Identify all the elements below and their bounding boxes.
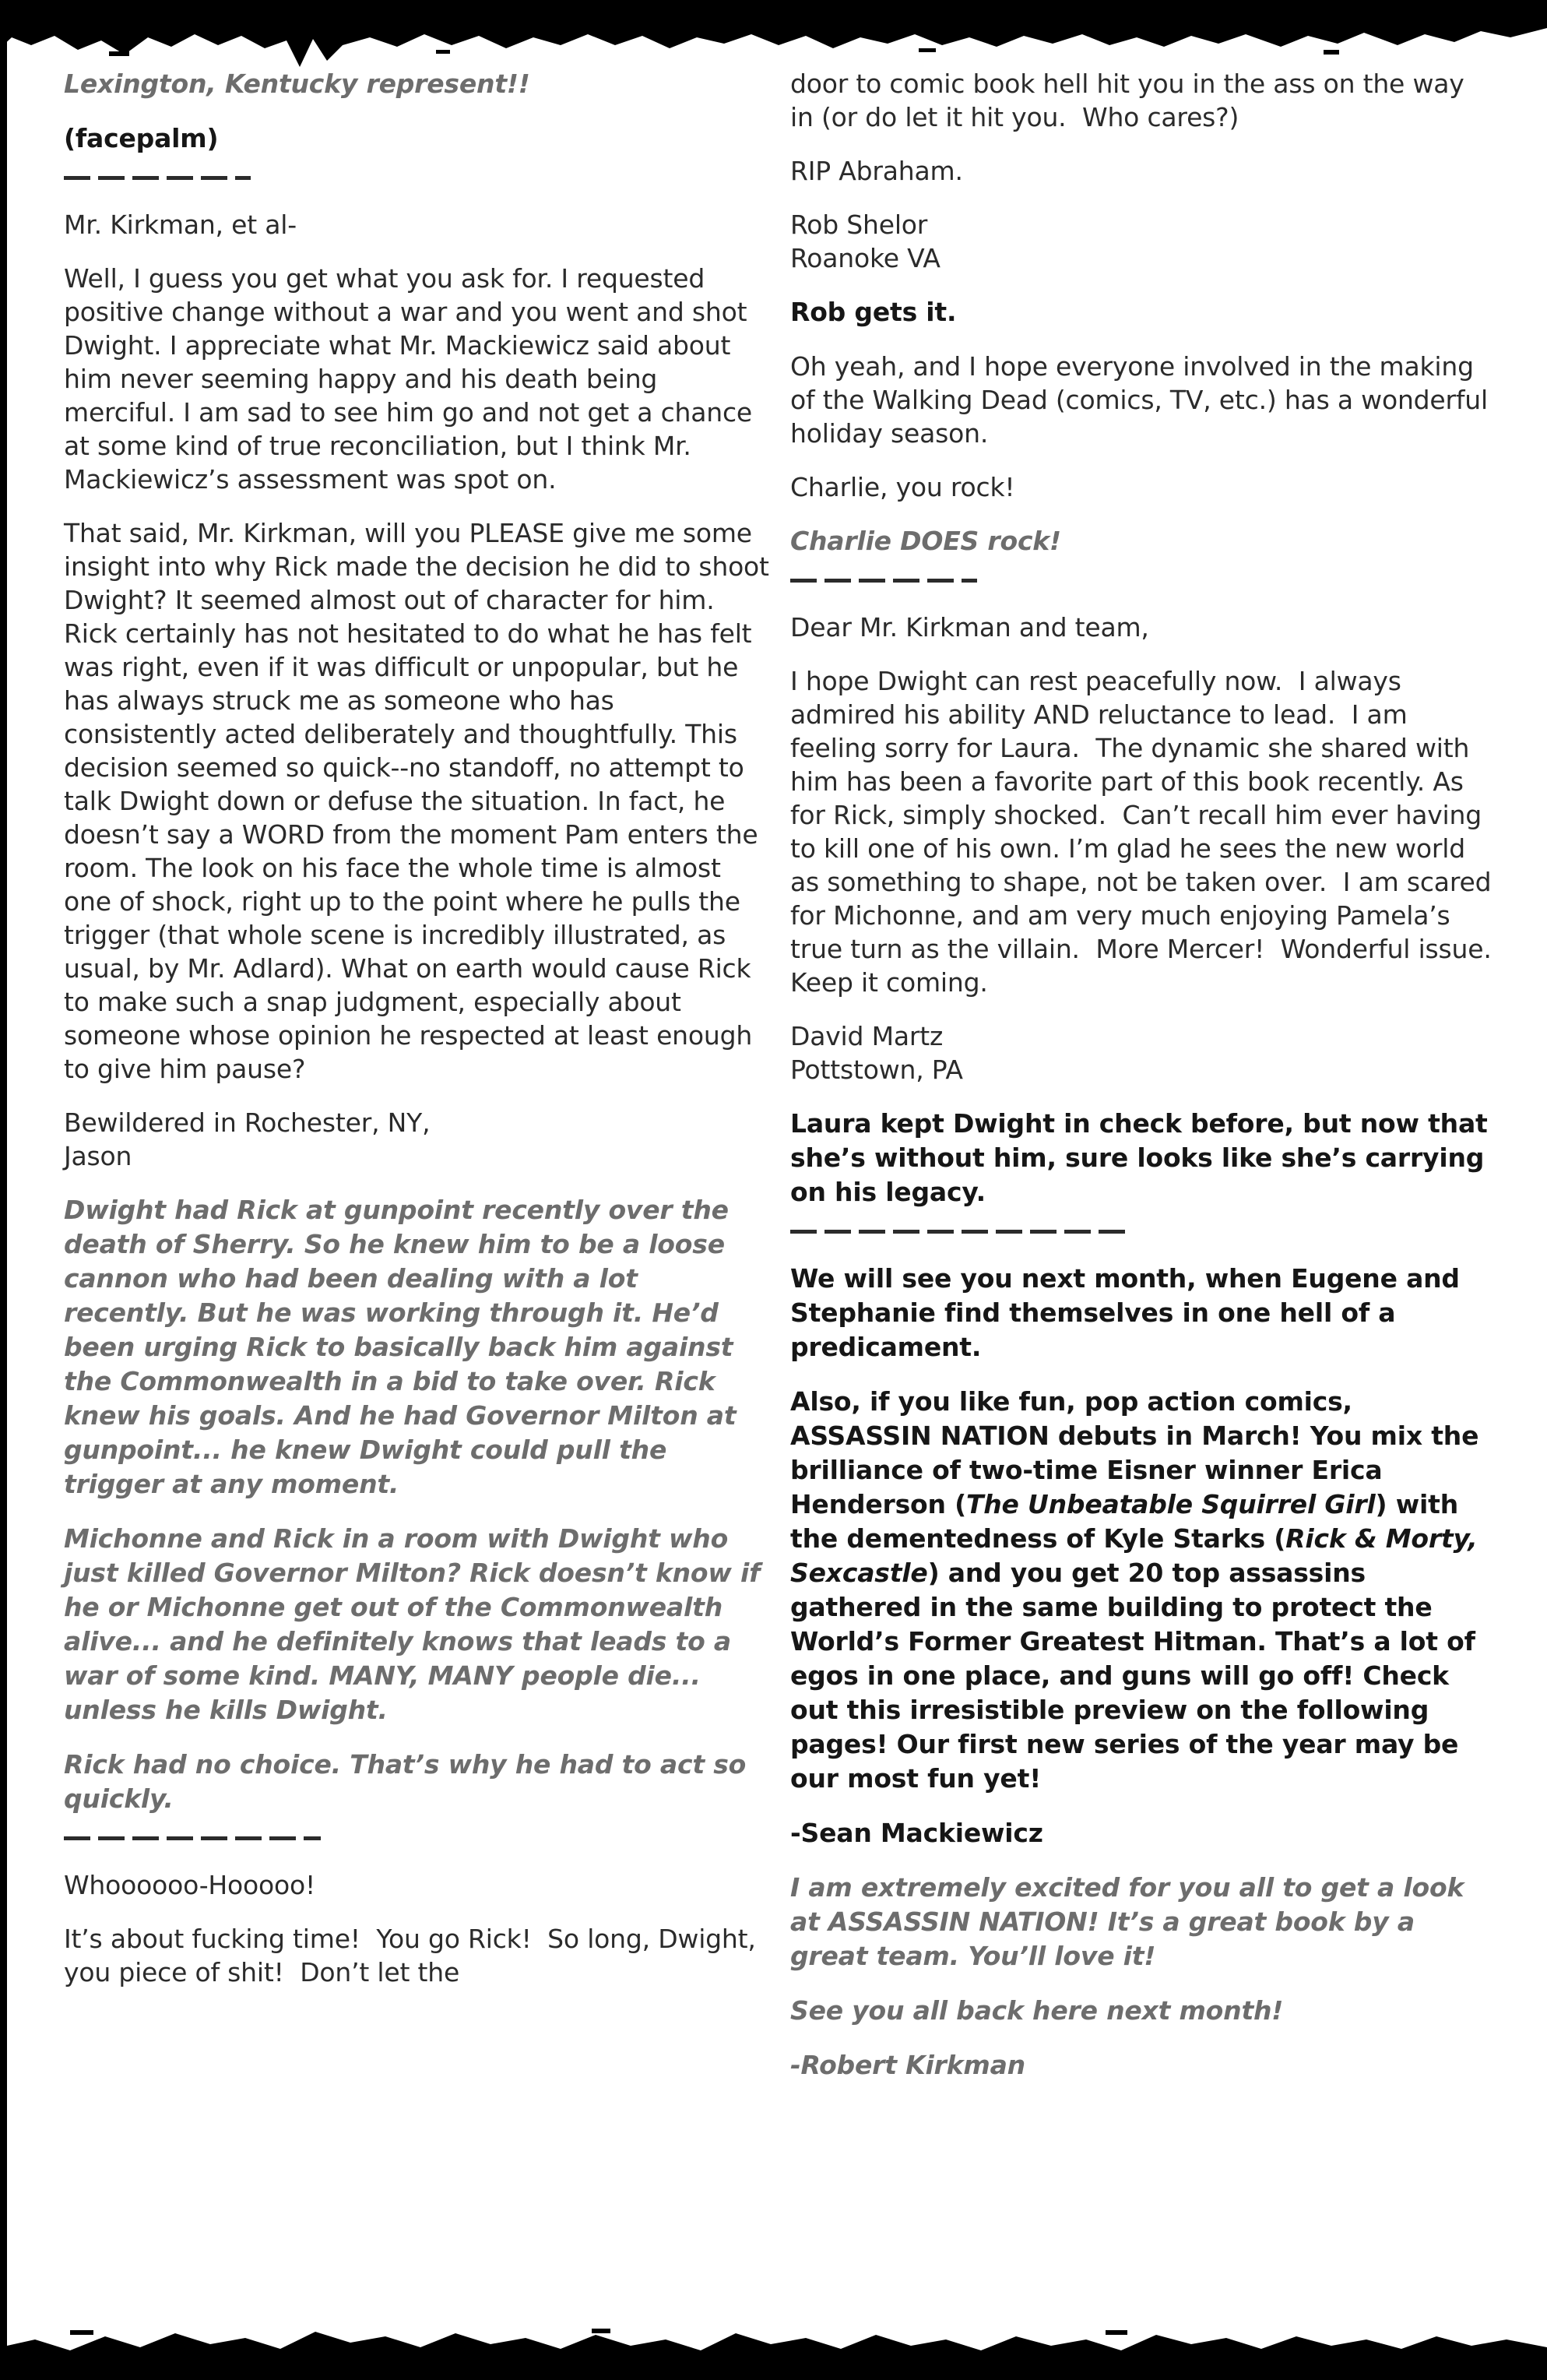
editor-response: Michonne and Rick in a room with Dwight … — [64, 1522, 771, 1727]
letter-paragraph: That said, Mr. Kirkman, will you PLEASE … — [64, 516, 771, 1086]
letter-paragraph: Oh yeah, and I hope everyone involved in… — [790, 350, 1493, 450]
editor-response: Lexington, Kentucky represent!! — [64, 67, 771, 101]
editor-response: Charlie DOES rock! — [790, 524, 1493, 558]
letter-salutation: Dear Mr. Kirkman and team, — [790, 611, 1493, 644]
section-divider — [790, 579, 977, 583]
editor-note: Also, if you like fun, pop action comics… — [790, 1385, 1493, 1796]
letter-signature: David Martz Pottstown, PA — [790, 1019, 1493, 1086]
editor-note: We will see you next month, when Eugene … — [790, 1262, 1493, 1364]
editor-note-text: ) and you get 20 top assassins gathered … — [790, 1558, 1484, 1794]
editor-note: I am extremely excited for you all to ge… — [790, 1871, 1493, 1973]
bottom-grunge-border — [0, 2310, 1547, 2380]
left-edge-border — [0, 0, 7, 2380]
letter-salutation: Mr. Kirkman, et al- — [64, 208, 771, 241]
section-divider — [790, 1230, 1133, 1234]
letter-signature: Bewildered in Rochester, NY, Jason — [64, 1106, 771, 1173]
letter-paragraph: door to comic book hell hit you in the a… — [790, 67, 1493, 134]
editor-signature: -Robert Kirkman — [790, 2048, 1493, 2082]
letter-paragraph: I hope Dwight can rest peacefully now. I… — [790, 664, 1493, 999]
right-column: door to comic book hell hit you in the a… — [790, 67, 1493, 2103]
section-divider — [64, 176, 251, 180]
editor-response: Laura kept Dwight in check before, but n… — [790, 1107, 1493, 1209]
section-divider — [64, 1836, 321, 1840]
letter-paragraph: Charlie, you rock! — [790, 470, 1493, 504]
letter-paragraph: Whoooooo-Hooooo! — [64, 1868, 771, 1902]
editor-response: Rick had no choice. That’s why he had to… — [64, 1748, 771, 1816]
letter-signature: Rob Shelor Roanoke VA — [790, 208, 1493, 275]
editor-response: (facepalm) — [64, 121, 771, 156]
letter-paragraph: It’s about fucking time! You go Rick! So… — [64, 1922, 771, 1989]
letters-page: Lexington, Kentucky represent!!(facepalm… — [0, 0, 1547, 2380]
top-grunge-border — [0, 0, 1547, 74]
book-title: The Unbeatable Squirrel Girl — [966, 1489, 1376, 1519]
letter-paragraph: RIP Abraham. — [790, 154, 1493, 188]
editor-signature: -Sean Mackiewicz — [790, 1816, 1493, 1850]
letter-paragraph: Well, I guess you get what you ask for. … — [64, 262, 771, 496]
editor-note: See you all back here next month! — [790, 1994, 1493, 2028]
left-column: Lexington, Kentucky represent!!(facepalm… — [64, 67, 771, 2009]
editor-response: Rob gets it. — [790, 295, 1493, 329]
editor-response: Dwight had Rick at gunpoint recently ove… — [64, 1193, 771, 1502]
